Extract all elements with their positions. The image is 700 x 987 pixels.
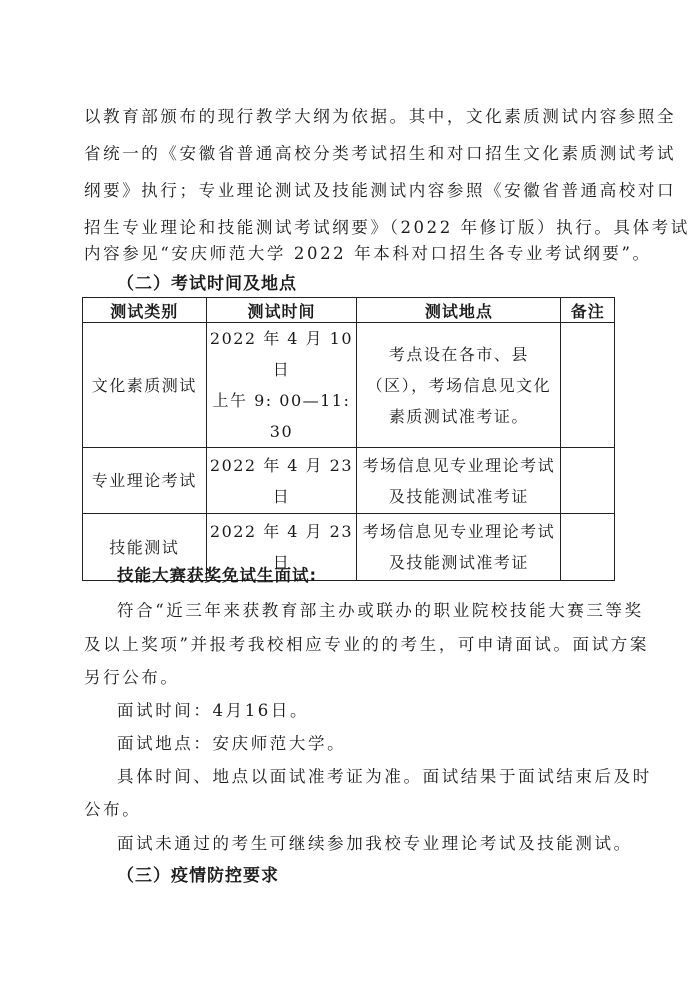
header-place: 测试地点 — [357, 298, 561, 323]
intro-line-3: 纲要》执行；专业理论测试及技能测试内容参照《安徽省普通高校对口 — [84, 181, 676, 201]
interview-time: 面试时间：4月16日。 — [117, 701, 309, 721]
interview-para2-line-1: 具体时间、地点以面试准考证为准。面试结果于面试结束后及时 — [117, 767, 652, 787]
cell-time: 2022 年 4 月 23 日 — [206, 448, 357, 514]
cell-place: 考场信息见专业理论考试 及技能测试准考证 — [357, 514, 561, 581]
place-line: 考点设在各市、县 — [357, 339, 560, 370]
place-line: （区），考场信息见文化 — [357, 370, 560, 401]
cell-time: 2022 年 4 月 10 日 上午 9: 00—11: 30 — [206, 323, 357, 448]
header-note: 备注 — [561, 298, 615, 323]
intro-line-4: 招生专业理论和技能测试考试纲要》（2022 年修订版）执行。具体考试 — [84, 218, 690, 238]
cell-note — [561, 448, 615, 514]
time-line: 2022 年 4 月 10 日 — [207, 323, 357, 385]
cell-place: 考场信息见专业理论考试 及技能测试准考证 — [357, 448, 561, 514]
intro-line-1: 以教育部颁布的现行教学大纲为依据。其中，文化素质测试内容参照全 — [84, 107, 676, 127]
interview-para2-line-2: 公布。 — [84, 800, 141, 820]
time-line: 上午 9: 00—11: 30 — [207, 385, 357, 447]
interview-para1-line-1: 符合“近三年来获教育部主办或联办的职业院校技能大赛三等奖 — [117, 601, 644, 621]
cell-place: 考点设在各市、县 （区），考场信息见文化 素质测试准考证。 — [357, 323, 561, 448]
intro-line-2: 省统一的《安徽省普通高校分类考试招生和对口招生文化素质测试考试 — [84, 144, 676, 164]
table-row: 专业理论考试 2022 年 4 月 23 日 考场信息见专业理论考试 及技能测试… — [83, 448, 615, 514]
place-line: 及技能测试准考证 — [357, 547, 560, 578]
section-three-heading: （三）疫情防控要求 — [117, 866, 279, 886]
interview-fail-note: 面试未通过的考生可继续参加我校专业理论考试及技能测试。 — [117, 834, 633, 854]
place-line: 素质测试准考证。 — [357, 401, 560, 432]
intro-line-5: 内容参见“安庆师范大学 2022 年本科对口招生各专业考试纲要”。 — [84, 244, 652, 264]
cell-category: 专业理论考试 — [83, 448, 207, 514]
section-two-heading: （二）考试时间及地点 — [117, 274, 297, 294]
document-page: 以教育部颁布的现行教学大纲为依据。其中，文化素质测试内容参照全 省统一的《安徽省… — [0, 0, 700, 987]
interview-heading: 技能大赛获奖免试生面试: — [117, 566, 317, 586]
exam-schedule-table: 测试类别 测试时间 测试地点 备注 文化素质测试 2022 年 4 月 10 日… — [82, 297, 615, 581]
place-line: 考场信息见专业理论考试 — [357, 516, 560, 547]
header-category: 测试类别 — [83, 298, 207, 323]
table-header-row: 测试类别 测试时间 测试地点 备注 — [83, 298, 615, 323]
place-line: 考场信息见专业理论考试 — [357, 450, 560, 481]
interview-para1-line-3: 另行公布。 — [84, 668, 180, 688]
cell-note — [561, 514, 615, 581]
cell-note — [561, 323, 615, 448]
place-line: 及技能测试准考证 — [357, 481, 560, 512]
interview-para1-line-2: 及以上奖项”并报考我校相应专业的的考生，可申请面试。面试方案 — [84, 635, 649, 655]
interview-place: 面试地点：安庆师范大学。 — [117, 734, 346, 754]
header-time: 测试时间 — [206, 298, 357, 323]
cell-category: 文化素质测试 — [83, 323, 207, 448]
table-row: 文化素质测试 2022 年 4 月 10 日 上午 9: 00—11: 30 考… — [83, 323, 615, 448]
